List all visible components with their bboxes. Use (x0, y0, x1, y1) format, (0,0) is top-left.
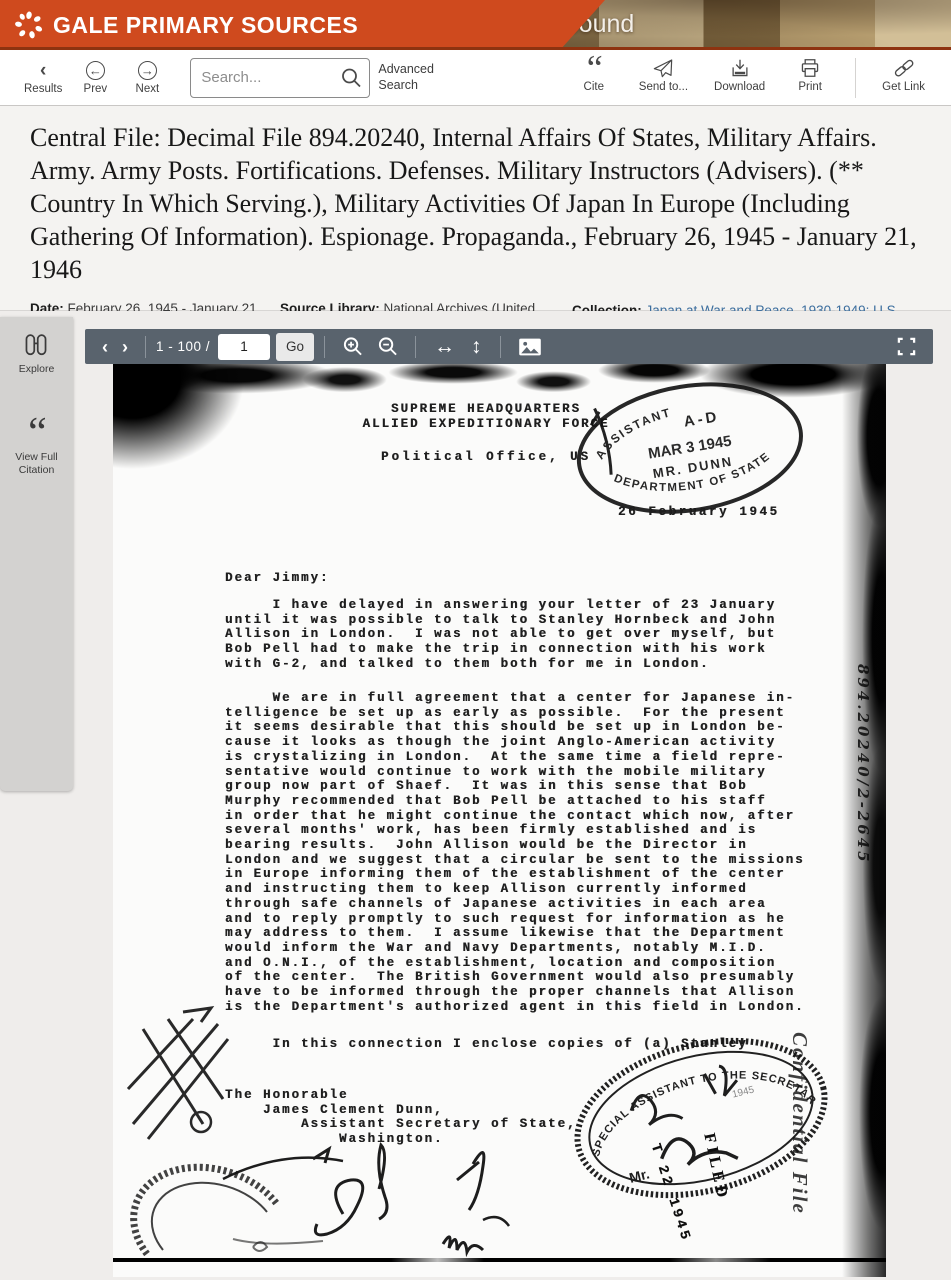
fullscreen-button[interactable] (890, 337, 923, 356)
circled-arrow-right-icon: → (138, 60, 157, 80)
next-button[interactable]: → Next (128, 60, 166, 95)
citation-quote-icon: “ (28, 421, 45, 447)
handwritten-flourish (413, 1124, 573, 1274)
toolbar-divider (855, 58, 856, 98)
document-header: Central File: Decimal File 894.20240, In… (0, 106, 951, 311)
viewer-toolbar-separator (324, 336, 325, 358)
get-link-label: Get Link (882, 81, 925, 93)
viewer-toolbar: ‹ › 1 - 100 / Go ↔ ↕ (85, 329, 933, 364)
results-label: Results (24, 83, 62, 95)
paper-plane-icon (652, 58, 674, 78)
document-title: Central File: Decimal File 894.20240, In… (30, 121, 930, 286)
binoculars-icon (21, 333, 51, 359)
sidebar-item-explore[interactable]: Explore (19, 333, 55, 377)
stamp-ad: A-D (683, 408, 721, 430)
send-to-button[interactable]: Send to... (639, 58, 688, 93)
download-button[interactable]: Download (714, 58, 765, 93)
image-view-button[interactable] (511, 337, 549, 357)
view-full-citation-label: View Full Citation (8, 451, 66, 478)
go-button[interactable]: Go (276, 333, 314, 361)
fit-width-button[interactable]: ↔ (426, 336, 463, 357)
prev-label: Prev (84, 83, 108, 95)
letter-paragraph-1: I have delayed in answering your letter … (225, 598, 776, 672)
page-range-label: 1 - 100 / (156, 339, 210, 354)
cite-quote-icon: “ (587, 58, 601, 78)
partial-round-stamp (127, 1134, 297, 1277)
letter-date: 26 February 1945 (618, 505, 780, 520)
circled-arrow-left-icon: ← (86, 60, 105, 80)
page-prev-button[interactable]: ‹ (95, 338, 115, 356)
cite-button[interactable]: “ Cite (575, 58, 613, 93)
zoom-in-button[interactable] (335, 336, 370, 357)
brand-name: GALE PRIMARY SOURCES (53, 12, 358, 39)
letter-paragraph-2: We are in full agreement that a center f… (225, 691, 805, 1014)
special-stamp-year: 1945 (731, 1084, 756, 1100)
cite-label: Cite (584, 81, 604, 93)
page-number-input[interactable] (218, 334, 270, 360)
sidebar-item-view-full-citation[interactable]: “ View Full Citation (8, 421, 66, 478)
fit-height-button[interactable]: ↕ (463, 336, 490, 357)
send-to-label: Send to... (639, 81, 688, 93)
next-label: Next (136, 83, 160, 95)
zoom-out-button[interactable] (370, 336, 405, 357)
download-label: Download (714, 81, 765, 93)
viewer-toolbar-separator (415, 336, 416, 358)
link-icon (892, 58, 916, 78)
scan-corner-damage (113, 364, 245, 470)
page-next-button[interactable]: › (115, 338, 135, 356)
scan-bottom-edge (113, 1258, 886, 1262)
main-toolbar: ‹ Results ← Prev → Next Advanced Search … (0, 50, 951, 106)
prev-button[interactable]: ← Prev (76, 60, 114, 95)
print-icon (799, 58, 821, 78)
download-icon (729, 58, 751, 78)
gale-logo-icon (14, 10, 44, 40)
viewer-toolbar-separator (145, 336, 146, 358)
svg-text:DEPARTMENT OF STATE: DEPARTMENT OF STATE (611, 448, 776, 504)
margin-file-number: 894.20240/2-2645 (854, 664, 872, 1094)
explore-label: Explore (19, 363, 55, 377)
viewer-side-rail: Explore “ View Full Citation (0, 317, 73, 791)
print-label: Print (798, 81, 822, 93)
results-button[interactable]: ‹ Results (24, 60, 62, 95)
top-banner: Archives Unbound GALE PRIMARY SOURCES (0, 0, 951, 50)
salutation: Dear Jimmy: (225, 571, 330, 586)
document-viewer: Explore “ View Full Citation ‹ › 1 - 100… (0, 311, 951, 1277)
print-button[interactable]: Print (791, 58, 829, 93)
stamp-arc-bottom: DEPARTMENT OF STATE (611, 448, 776, 504)
chevron-left-icon: ‹ (40, 60, 46, 80)
advanced-search-link[interactable]: Advanced Search (378, 62, 442, 93)
viewer-toolbar-separator (500, 336, 501, 358)
brand-bar: GALE PRIMARY SOURCES (0, 0, 605, 50)
get-link-button[interactable]: Get Link (882, 58, 925, 93)
scanned-page[interactable]: SUPREME HEADQUARTERS ALLIED EXPEDITIONAR… (113, 364, 886, 1277)
confidential-file-note: Confidential File (787, 1032, 812, 1262)
search-icon[interactable] (340, 67, 362, 89)
